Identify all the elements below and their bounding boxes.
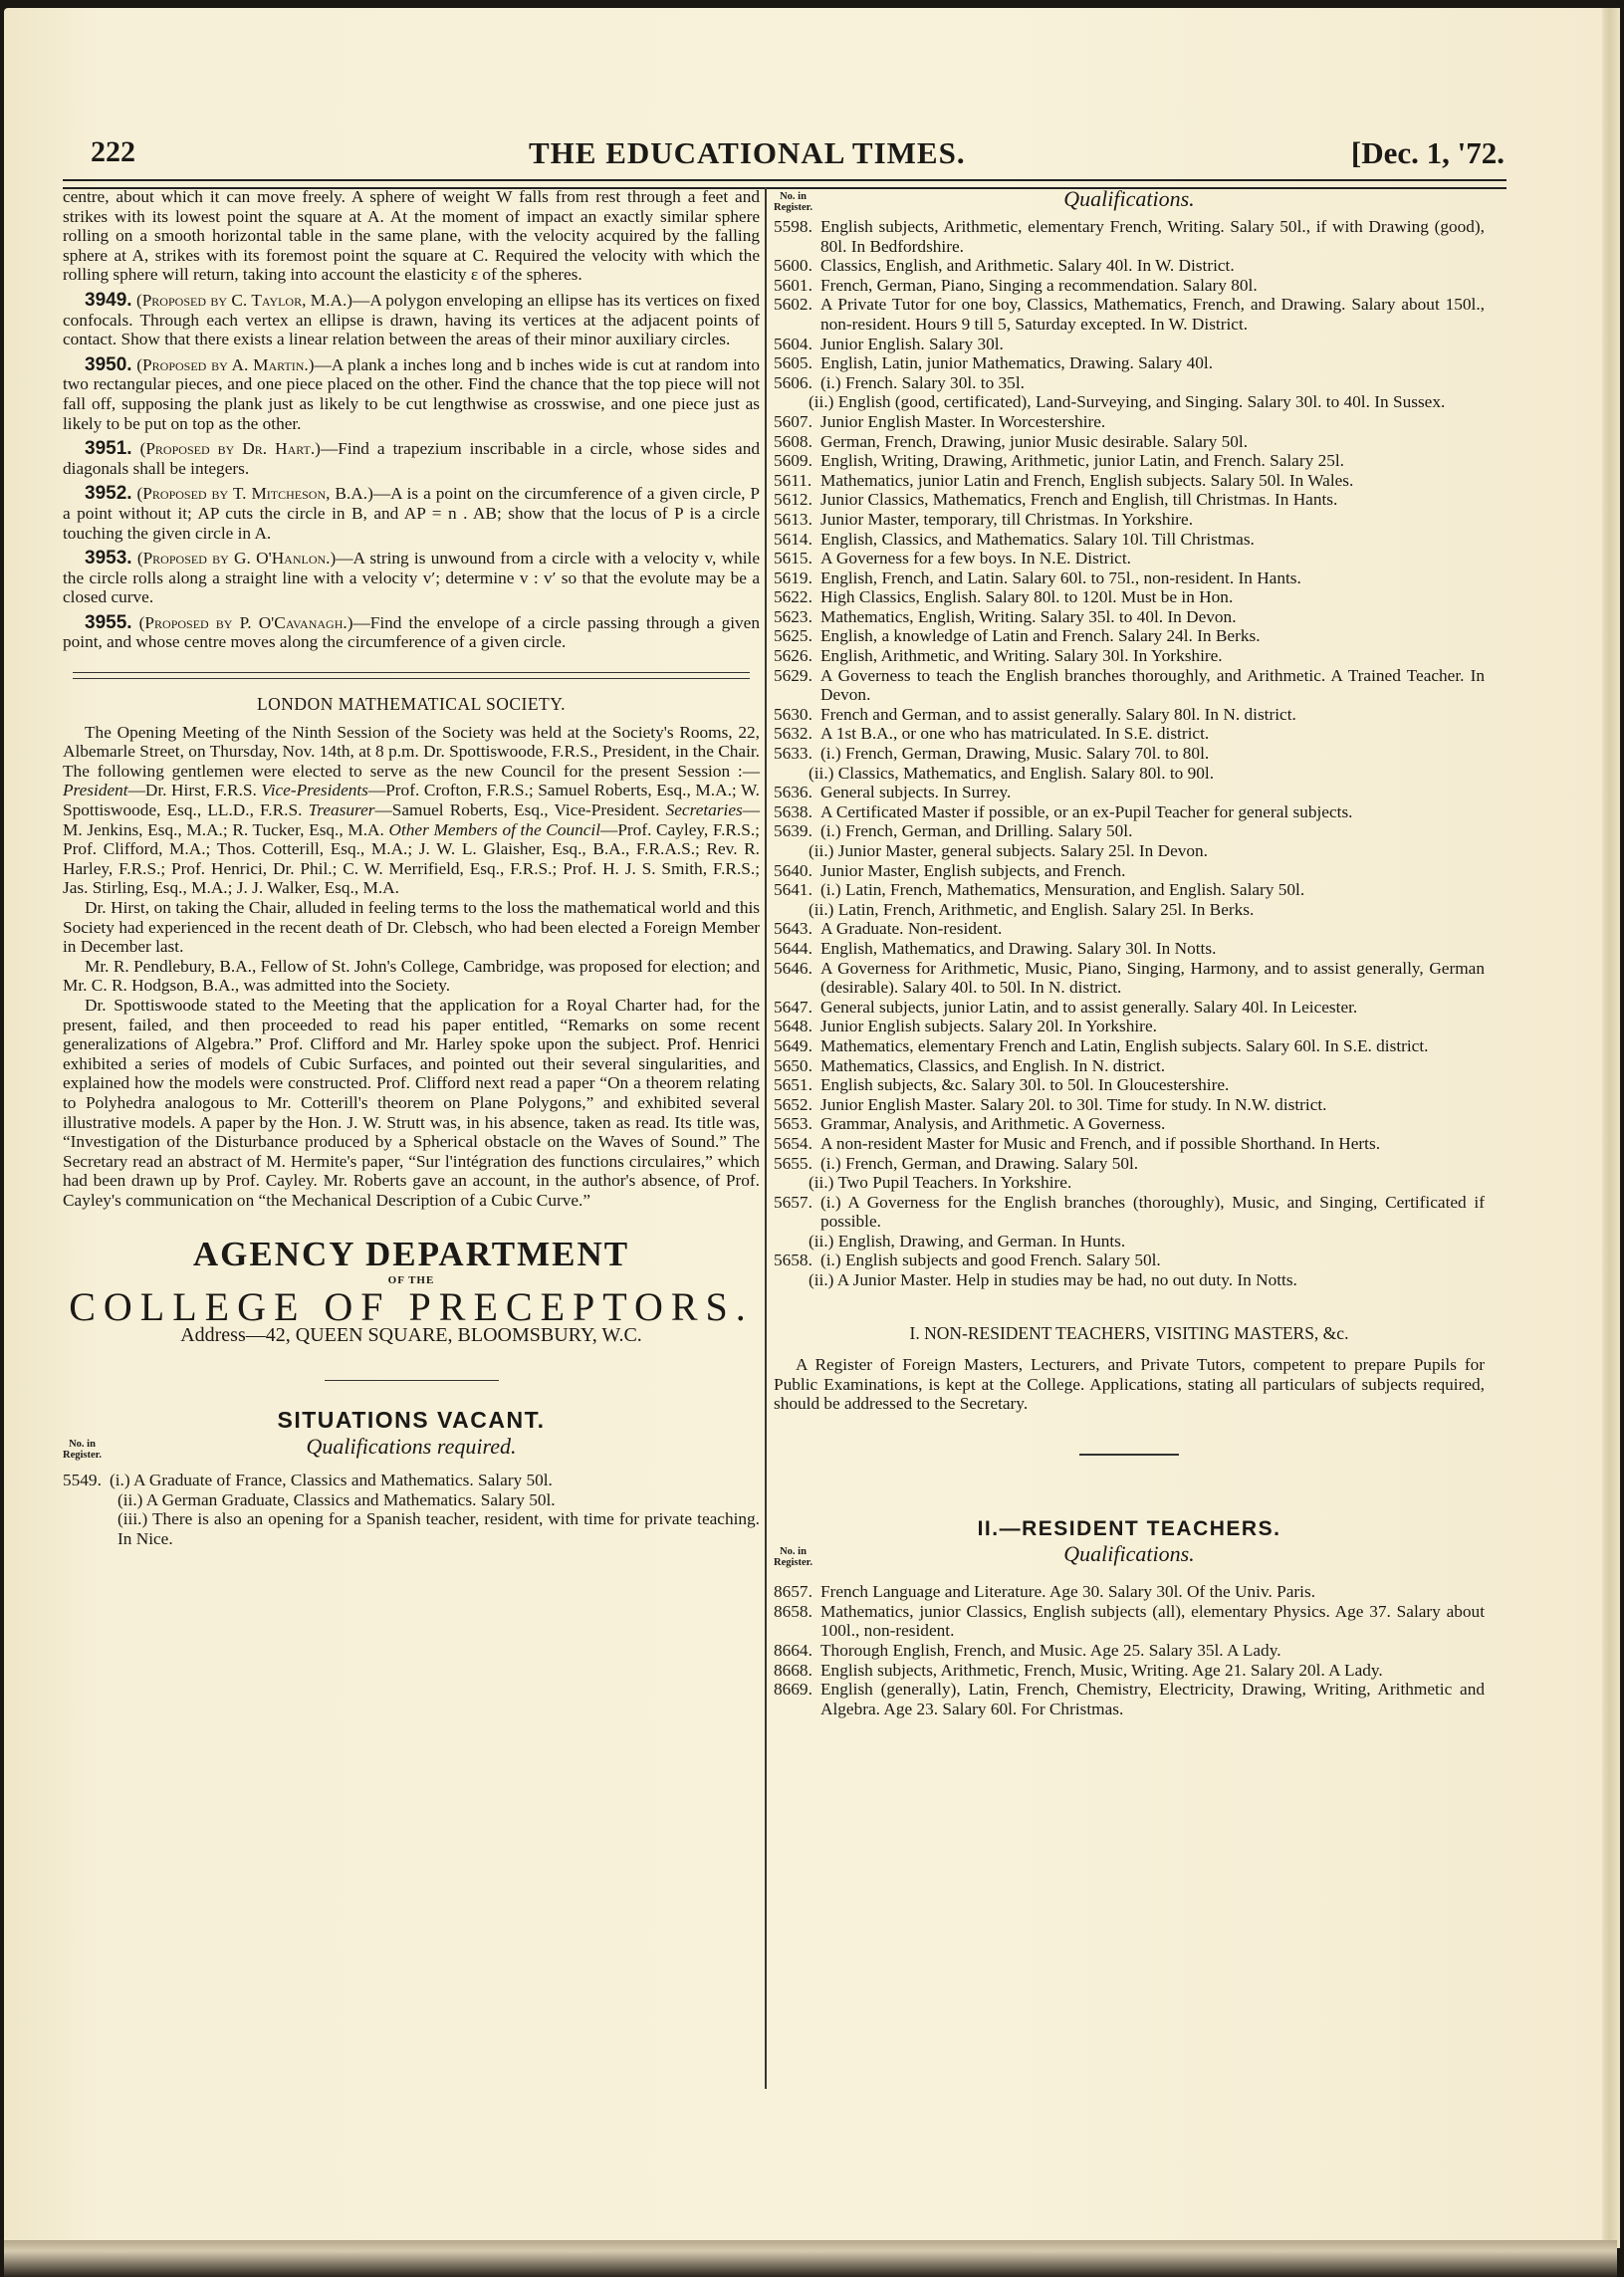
problem-proposer: (Proposed by C. Taylor, M.A.) [136,291,352,310]
resident-list: 8657.French Language and Literature. Age… [774,1582,1485,1718]
problem-item: 3949. (Proposed by C. Taylor, M.A.)—A po… [63,291,760,349]
register-entry: 5604.Junior English. Salary 30l. [774,335,1485,354]
entry-text: A Governess to teach the English branche… [820,666,1485,705]
entry-text: Grammar, Analysis, and Arithmetic. A Gov… [820,1114,1485,1134]
entry-number: 8658. [774,1602,812,1622]
entry-number: 5629. [774,666,812,686]
problem-item: 3953. (Proposed by G. O'Hanlon.)—A strin… [63,549,760,607]
entry-line: (ii.) A German Graduate, Classics and Ma… [110,1490,760,1510]
problem-item: 3950. (Proposed by A. Martin.)—A plank a… [63,355,760,433]
entry-number: 5614. [774,530,812,550]
problem-number: 3953. [85,548,132,569]
entry-text: French and German, and to assist general… [820,705,1485,725]
problem-item: 3955. (Proposed by P. O'Cavanagh.)—Find … [63,613,760,652]
entry-number: 5651. [774,1075,812,1095]
entry-text: A non-resident Master for Music and Fren… [820,1134,1485,1154]
entry-text: Junior Master, temporary, till Christmas… [820,510,1485,530]
non-resident-title: I. NON-RESIDENT TEACHERS, VISITING MASTE… [774,1324,1485,1344]
register-entry: 5629.A Governess to teach the English br… [774,666,1485,705]
entry-number: 5638. [774,802,812,822]
entry-text: A Private Tutor for one boy, Classics, M… [820,295,1485,334]
entry-number: 8669. [774,1680,812,1700]
register-header: No. inRegister. Qualifications. [774,189,1485,217]
short-rule [325,1380,499,1382]
problem-continuation: centre, about which it can move freely. … [63,187,760,285]
entry-text: Junior English subjects. Salary 20l. In … [820,1017,1485,1036]
lms-paragraph: Dr. Spottiswoode stated to the Meeting t… [63,996,760,1211]
register-entry: 5644.English, Mathematics, and Drawing. … [774,939,1485,959]
register-entry: 5647.General subjects, junior Latin, and… [774,998,1485,1018]
register-entry: 5607.Junior English Master. In Worcester… [774,412,1485,432]
entry-text: (i.) French, German, Drawing, Music. Sal… [820,744,1485,764]
entry-number: 5653. [774,1114,812,1134]
page-binding-edge [1602,8,1620,2248]
entry-number: 5622. [774,587,812,607]
entry-text: Junior English Master. In Worcestershire… [820,412,1485,432]
entry-number: 5598. [774,217,812,237]
register-entry: 5549. (i.) A Graduate of France, Classic… [63,1471,760,1548]
entry-number: 8668. [774,1661,812,1681]
entry-number: 5640. [774,861,812,881]
qualifications-heading: Qualifications. [774,1544,1485,1564]
entry-text: Thorough English, French, and Music. Age… [820,1641,1485,1661]
entry-text: English, Arithmetic, and Writing. Salary… [820,646,1485,666]
page-number: 222 [91,135,135,169]
register-entry: 5632.A 1st B.A., or one who has matricul… [774,724,1485,744]
entry-text: (i.) A Governess for the English branche… [820,1193,1485,1232]
entry-text: English, Latin, junior Mathematics, Draw… [820,353,1485,373]
entry-text: (i.) Latin, French, Mathematics, Mensura… [820,880,1485,900]
lms-president: —Dr. Hirst, F.R.S. [128,781,262,799]
entry-text: (i.) English subjects and good French. S… [820,1251,1485,1270]
entry-subitem: (ii.) English, Drawing, and German. In H… [791,1232,1485,1252]
entry-subitem: (ii.) Latin, French, Arithmetic, and Eng… [791,900,1485,920]
entry-number: 5606. [774,373,812,393]
problem-number: 3950. [85,354,132,375]
register-entry: 5613.Junior Master, temporary, till Chri… [774,510,1485,530]
register-entry: 5653.Grammar, Analysis, and Arithmetic. … [774,1114,1485,1134]
entry-text: English, Classics, and Mathematics. Sala… [820,530,1485,550]
register-entry: 5602.A Private Tutor for one boy, Classi… [774,295,1485,334]
entry-text: (i.) French, German, and Drilling. Salar… [820,821,1485,841]
register-entry: 5630.French and German, and to assist ge… [774,705,1485,725]
register-entry: 5649.Mathematics, elementary French and … [774,1036,1485,1056]
college-address: Address—42, QUEEN SQUARE, BLOOMSBURY, W.… [63,1326,760,1346]
entry-text: A 1st B.A., or one who has matriculated.… [820,724,1485,744]
entry-text: Junior Classics, Mathematics, French and… [820,490,1485,510]
entry-text: Mathematics, Classics, and English. In N… [820,1056,1485,1076]
entry-text: English subjects, Arithmetic, elementary… [820,217,1485,256]
register-entry: 5650.Mathematics, Classics, and English.… [774,1056,1485,1076]
entry-text: English, a knowledge of Latin and French… [820,626,1485,646]
register-entry: 5608.German, French, Drawing, junior Mus… [774,432,1485,452]
entry-subitem: (ii.) A Junior Master. Help in studies m… [791,1270,1485,1290]
entry-number: 5650. [774,1056,812,1076]
entry-number: 5630. [774,705,812,725]
lms-paragraph: Dr. Hirst, on taking the Chair, alluded … [63,898,760,957]
resident-teachers-title: II.—RESIDENT TEACHERS. [774,1519,1485,1539]
register-entry: 5646.A Governess for Arithmetic, Music, … [774,959,1485,998]
entry-line: (iii.) There is also an opening for a Sp… [110,1509,760,1548]
problem-number: 3951. [85,438,132,459]
lms-treasurer-label: Treasurer [309,800,375,819]
entry-number: 5612. [774,490,812,510]
lms-title: LONDON MATHEMATICAL SOCIETY. [63,695,760,715]
short-rule [1079,1454,1179,1456]
entry-number: 5652. [774,1095,812,1115]
lms-others-label: Other Members of the Council [389,820,601,839]
masthead-title: THE EDUCATIONAL TIMES. [529,135,966,171]
entry-text: General subjects. In Surrey. [820,783,1485,802]
entry-text: French, German, Piano, Singing a recomme… [820,276,1485,296]
register-entry: 5648.Junior English subjects. Salary 20l… [774,1017,1485,1036]
lms-secretaries-label: Secretaries [666,800,743,819]
register-entry: 5606.(i.) French. Salary 30l. to 35l.(ii… [774,373,1485,412]
lms-paragraph: The Opening Meeting of the Ninth Session… [63,723,760,898]
entry-text: A Graduate. Non-resident. [820,919,1485,939]
column-divider [765,187,767,2089]
register-entry: 8669.English (generally), Latin, French,… [774,1680,1485,1718]
lms-article: LONDON MATHEMATICAL SOCIETY. The Opening… [63,695,760,1210]
register-entry: 5640.Junior Master, English subjects, an… [774,861,1485,881]
entry-subitem: (ii.) Two Pupil Teachers. In Yorkshire. [791,1173,1485,1193]
entry-text: High Classics, English. Salary 80l. to 1… [820,587,1485,607]
entry-number: 5605. [774,353,812,373]
register-entry: 5605.English, Latin, junior Mathematics,… [774,353,1485,373]
register-entry: 5623.Mathematics, English, Writing. Sala… [774,607,1485,627]
entry-number: 5647. [774,998,812,1018]
entry-text: (i.) French, German, and Drawing. Salary… [820,1154,1485,1174]
register-entry: 5658.(i.) English subjects and good Fren… [774,1251,1485,1289]
problem-number: 3952. [85,483,132,504]
page-bottom-edge [4,2240,1617,2277]
register-entry: 5643.A Graduate. Non-resident. [774,919,1485,939]
entry-number: 5655. [774,1154,812,1174]
register-entry: 5638.A Certificated Master if possible, … [774,802,1485,822]
register-entry: 5615.A Governess for a few boys. In N.E.… [774,549,1485,569]
entry-number: 5602. [774,295,812,315]
entry-text: English, Mathematics, and Drawing. Salar… [820,939,1485,959]
entry-text: French Language and Literature. Age 30. … [820,1582,1485,1602]
lms-treasurer: —Samuel Roberts, Esq., Vice-President. [374,800,665,819]
page-header: 222 THE EDUCATIONAL TIMES. [Dec. 1, '72. [91,135,1505,175]
lms-paragraph: Mr. R. Pendlebury, B.A., Fellow of St. J… [63,957,760,996]
lms-text: Opening Meeting of the Ninth Session of … [63,723,760,781]
register-entry: 5609.English, Writing, Drawing, Arithmet… [774,451,1485,471]
register-entry: 5598.English subjects, Arithmetic, eleme… [774,217,1485,256]
entry-number: 5611. [774,471,812,491]
entry-number: 5658. [774,1251,812,1270]
entry-number: 5601. [774,276,812,296]
register-entry: 5619.English, French, and Latin. Salary … [774,569,1485,588]
register-entry: 5611.Mathematics, junior Latin and Frenc… [774,471,1485,491]
situations-vacant-title: SITUATIONS VACANT. [63,1411,760,1431]
qualifications-heading: Qualifications. [774,189,1485,209]
issue-date: [Dec. 1, '72. [1351,135,1505,171]
entry-number: 5639. [774,821,812,841]
right-column: No. inRegister. Qualifications. 5598.Eng… [774,187,1485,1718]
register-entry: 5657.(i.) A Governess for the English br… [774,1193,1485,1252]
problem-proposer: (Proposed by G. O'Hanlon.) [137,549,336,568]
register-entry: 5633.(i.) French, German, Drawing, Music… [774,744,1485,783]
register-entry: 5626.English, Arithmetic, and Writing. S… [774,646,1485,666]
entry-text: General subjects, junior Latin, and to a… [820,998,1485,1018]
entry-number: 5646. [774,959,812,979]
entry-number: 8657. [774,1582,812,1602]
qualifications-heading: Qualifications required. [63,1437,760,1457]
problem-list: 3949. (Proposed by C. Taylor, M.A.)—A po… [63,291,760,652]
entry-subitem: (ii.) English (good, certificated), Land… [791,392,1485,412]
problem-number: 3955. [85,612,132,633]
problem-proposer: (Proposed by T. Mitcheson, B.A.) [137,484,373,503]
register-header: No. inRegister. Qualifications required. [63,1437,760,1471]
entry-number: 5625. [774,626,812,646]
register-entry: 5636.General subjects. In Surrey. [774,783,1485,802]
entry-number: 5641. [774,880,812,900]
entry-number: 5654. [774,1134,812,1154]
problem-item: 3952. (Proposed by T. Mitcheson, B.A.)—A… [63,484,760,543]
entry-number: 5604. [774,335,812,354]
agency-section: AGENCY DEPARTMENT OF THE COLLEGE OF PREC… [63,1245,760,1549]
problem-item: 3951. (Proposed by Dr. Hart.)—Find a tra… [63,439,760,478]
non-resident-text: A Register of Foreign Masters, Lecturers… [774,1355,1485,1414]
entry-text: Mathematics, English, Writing. Salary 35… [820,607,1485,627]
register-entry: 8658.Mathematics, junior Classics, Engli… [774,1602,1485,1641]
entry-line: (i.) A Graduate of France, Classics and … [110,1471,760,1490]
left-column: centre, about which it can move freely. … [63,187,760,1548]
entry-number: 5623. [774,607,812,627]
problem-proposer: (Proposed by A. Martin.) [136,355,314,374]
register-entry: 5652.Junior English Master. Salary 20l. … [774,1095,1485,1115]
lms-lead-word: The [85,723,112,742]
lms-vp-label: Vice-Presidents [261,781,367,799]
entry-number: 5633. [774,744,812,764]
register-entry: 5639.(i.) French, German, and Drilling. … [774,821,1485,860]
problem-proposer: (Proposed by P. O'Cavanagh.) [139,613,353,632]
entry-number: 5643. [774,919,812,939]
entry-number: 5636. [774,783,812,802]
newspaper-page: 222 THE EDUCATIONAL TIMES. [Dec. 1, '72.… [4,8,1617,2248]
entry-number: 5607. [774,412,812,432]
problem-proposer: (Proposed by Dr. Hart.) [140,439,321,458]
entry-text: Junior English. Salary 30l. [820,335,1485,354]
college-name: COLLEGE OF PRECEPTORS. [63,1297,760,1317]
entry-text: (i.) French. Salary 30l. to 35l. [820,373,1485,393]
entry-text: Mathematics, elementary French and Latin… [820,1036,1485,1056]
register-entry: 5600.Classics, English, and Arithmetic. … [774,256,1485,276]
entry-number: 5600. [774,256,812,276]
agency-title: AGENCY DEPARTMENT [63,1245,760,1264]
problem-number: 3949. [85,290,132,311]
entry-number: 5608. [774,432,812,452]
entry-number: 5644. [774,939,812,959]
entry-text: Classics, English, and Arithmetic. Salar… [820,256,1485,276]
entry-number: 5626. [774,646,812,666]
register-entry: 5641.(i.) Latin, French, Mathematics, Me… [774,880,1485,919]
register-entry: 8664.Thorough English, French, and Music… [774,1641,1485,1661]
entry-number: 5619. [774,569,812,588]
entry-subitem: (ii.) Junior Master, general subjects. S… [791,841,1485,861]
entry-number: 5549. [63,1471,102,1490]
register-entry: 5654.A non-resident Master for Music and… [774,1134,1485,1154]
register-entry: 5614.English, Classics, and Mathematics.… [774,530,1485,550]
entry-text: Mathematics, junior Classics, English su… [820,1602,1485,1641]
register-entry: 5622.High Classics, English. Salary 80l.… [774,587,1485,607]
register-entry: 5601.French, German, Piano, Singing a re… [774,276,1485,296]
register-header: No. inRegister. Qualifications. [774,1544,1485,1578]
entry-number: 5632. [774,724,812,744]
entry-number: 5615. [774,549,812,569]
entry-text: English, French, and Latin. Salary 60l. … [820,569,1485,588]
register-entry: 8657.French Language and Literature. Age… [774,1582,1485,1602]
entry-number: 5613. [774,510,812,530]
entry-number: 5648. [774,1017,812,1036]
entry-number: 5649. [774,1036,812,1056]
register-entry: 5651.English subjects, &c. Salary 30l. t… [774,1075,1485,1095]
register-entry: 5655.(i.) French, German, and Drawing. S… [774,1154,1485,1193]
entry-text: English subjects, Arithmetic, French, Mu… [820,1661,1485,1681]
register-entry: 5612.Junior Classics, Mathematics, Frenc… [774,490,1485,510]
entry-text: English (generally), Latin, French, Chem… [820,1680,1485,1718]
entry-subitem: (ii.) Classics, Mathematics, and English… [791,764,1485,784]
section-rule [73,672,750,679]
entry-number: 8664. [774,1641,812,1661]
entry-text: English subjects, &c. Salary 30l. to 50l… [820,1075,1485,1095]
entry-number: 5657. [774,1193,812,1213]
entry-text: Junior English Master. Salary 20l. to 30… [820,1095,1485,1115]
lms-president-label: President [63,781,128,799]
entry-text: German, French, Drawing, junior Music de… [820,432,1485,452]
entry-number: 5609. [774,451,812,471]
entry-text: A Governess for a few boys. In N.E. Dist… [820,549,1485,569]
entry-text: Mathematics, junior Latin and French, En… [820,471,1485,491]
register-entry: 5625.English, a knowledge of Latin and F… [774,626,1485,646]
entry-text: A Certificated Master if possible, or an… [820,802,1485,822]
situations-list: 5598.English subjects, Arithmetic, eleme… [774,217,1485,1290]
register-entry: 8668.English subjects, Arithmetic, Frenc… [774,1661,1485,1681]
entry-text: English, Writing, Drawing, Arithmetic, j… [820,451,1485,471]
entry-text: A Governess for Arithmetic, Music, Piano… [820,959,1485,998]
entry-text: Junior Master, English subjects, and Fre… [820,861,1485,881]
